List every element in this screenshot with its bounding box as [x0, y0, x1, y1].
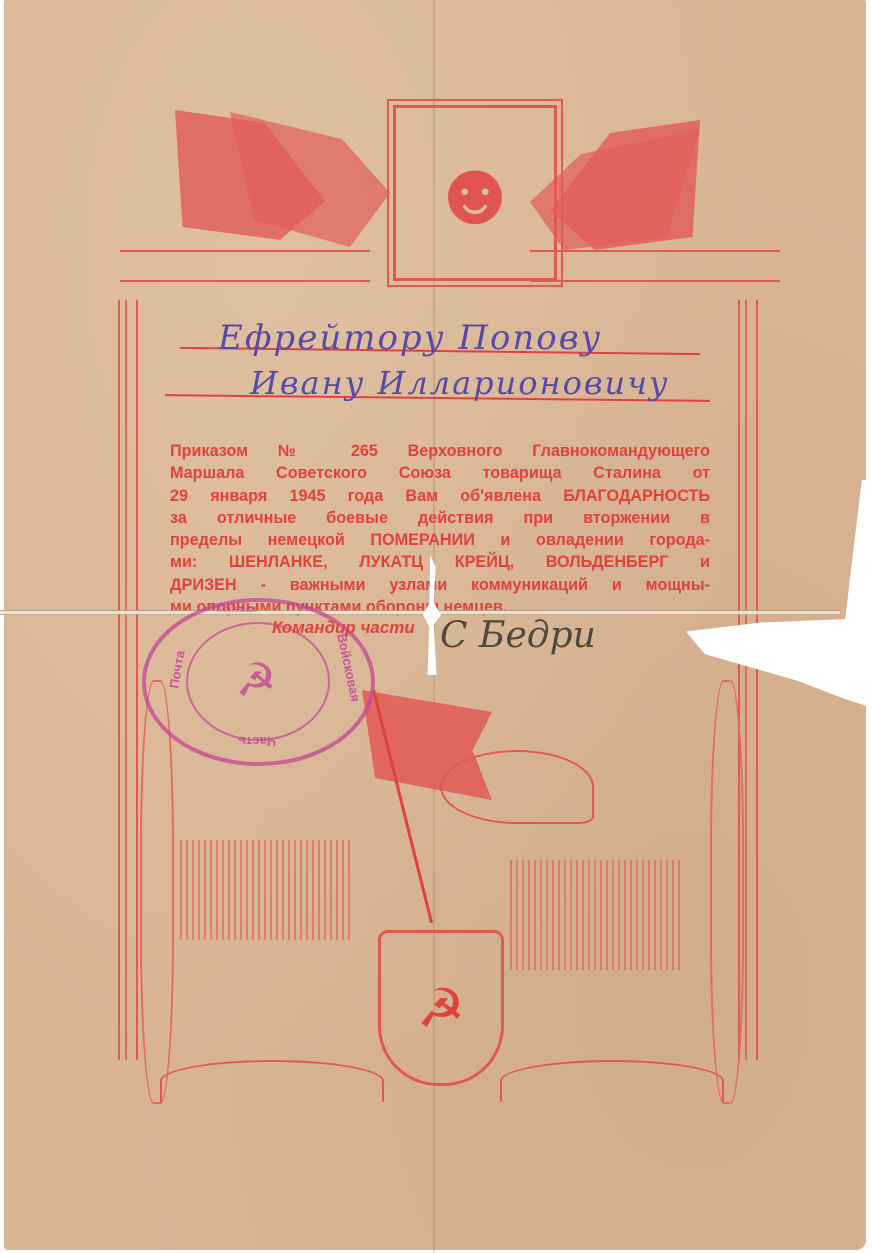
order-line: пределы немецкой ПОМЕРАНИИ и овладении г…	[170, 529, 710, 551]
ruined-buildings-right	[510, 860, 680, 970]
order-line: 29 января 1945 года Вам об'явлена БЛАГОД…	[170, 485, 710, 507]
frame-left	[118, 300, 138, 1060]
stamp-text-left: Почта	[166, 649, 187, 689]
cloud-swirl	[440, 750, 594, 824]
stamp-text-top: полевая	[216, 604, 257, 615]
hammer-sickle-icon: ☭	[417, 977, 465, 1040]
ribbon-left	[120, 250, 370, 282]
stamp-text-right: Войсковая	[334, 632, 363, 703]
ornament-left	[140, 680, 174, 1104]
commander-label: Командир части	[272, 618, 415, 638]
stamp-text-bottom: Часть	[238, 734, 276, 749]
order-line: за отличные боевые действия при вторжени…	[170, 507, 710, 529]
recipient-line-2: Ивану Илларионовичу	[250, 364, 670, 402]
order-line: ДРИЗЕН - важными узлами коммуникаций и м…	[170, 574, 710, 596]
order-text: Приказом № 265 Верховного Главнокомандую…	[170, 440, 710, 618]
portrait-bust-icon: ☻	[428, 148, 523, 238]
state-emblem-icon: ☭	[206, 640, 306, 720]
order-line: Маршала Советского Союза товарища Сталин…	[170, 462, 710, 484]
order-line: ми: ШЕНЛАНКЕ, ЛУКАТЦ КРЕЙЦ, ВОЛЬДЕНБЕРГ …	[170, 551, 710, 573]
commander-signature: С Бедри	[440, 615, 596, 656]
emblem-shield: ☭	[378, 930, 504, 1086]
leader-portrait: ☻	[393, 105, 557, 281]
ruined-buildings-left	[180, 840, 350, 940]
horizontal-fold	[0, 610, 840, 615]
recipient-line-1: Ефрейтору Попову	[218, 318, 602, 358]
ornament-right	[710, 680, 744, 1104]
order-line: Приказом № 265 Верховного Главнокомандую…	[170, 440, 710, 462]
header-ornament: ☻	[110, 100, 770, 300]
ribbon-right	[530, 250, 780, 282]
ribbon-bottom-right	[500, 1060, 724, 1102]
ribbon-bottom-left	[160, 1060, 384, 1102]
